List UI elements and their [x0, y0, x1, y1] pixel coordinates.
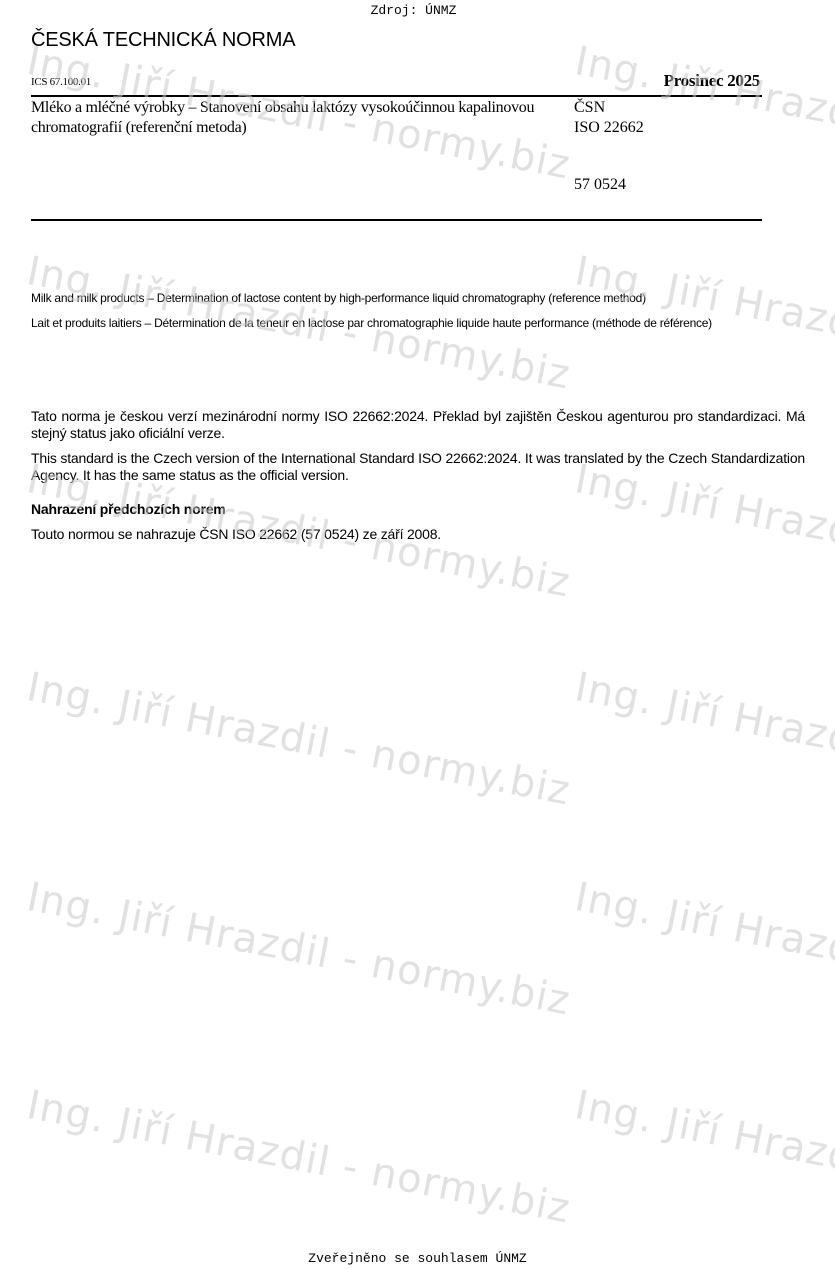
publication-date: Prosinec 2025: [664, 71, 760, 91]
czech-title: Mléko a mléčné výrobky – Stanovení obsah…: [31, 98, 551, 138]
top-divider: [31, 95, 762, 97]
designation-line-1: ČSN: [574, 98, 644, 118]
standard-designation: ČSN ISO 22662: [574, 98, 644, 138]
statement-english: This standard is the Czech version of th…: [31, 450, 805, 484]
replacement-text: Touto normou se nahrazuje ČSN ISO 22662 …: [31, 526, 805, 543]
classification-number: 57 0524: [574, 175, 626, 195]
french-title: Lait et produits laitiers – Déterminatio…: [31, 315, 751, 331]
statement-czech: Tato norma je českou verzí mezinárodní n…: [31, 408, 805, 442]
source-line: Zdroj: ÚNMZ: [0, 3, 827, 18]
replacement-heading: Nahrazení předchozích norem: [31, 501, 226, 517]
footer-line: Zveřejněno se souhlasem ÚNMZ: [0, 1251, 835, 1266]
ics-code: ICS 67.100.01: [31, 76, 91, 88]
designation-line-2: ISO 22662: [574, 118, 644, 138]
document-page: Zdroj: ÚNMZ ČESKÁ TECHNICKÁ NORMA ICS 67…: [0, 0, 835, 1269]
document-type-heading: ČESKÁ TECHNICKÁ NORMA: [31, 29, 295, 52]
english-title: Milk and milk products – Determination o…: [31, 291, 771, 306]
bottom-divider: [31, 219, 762, 221]
